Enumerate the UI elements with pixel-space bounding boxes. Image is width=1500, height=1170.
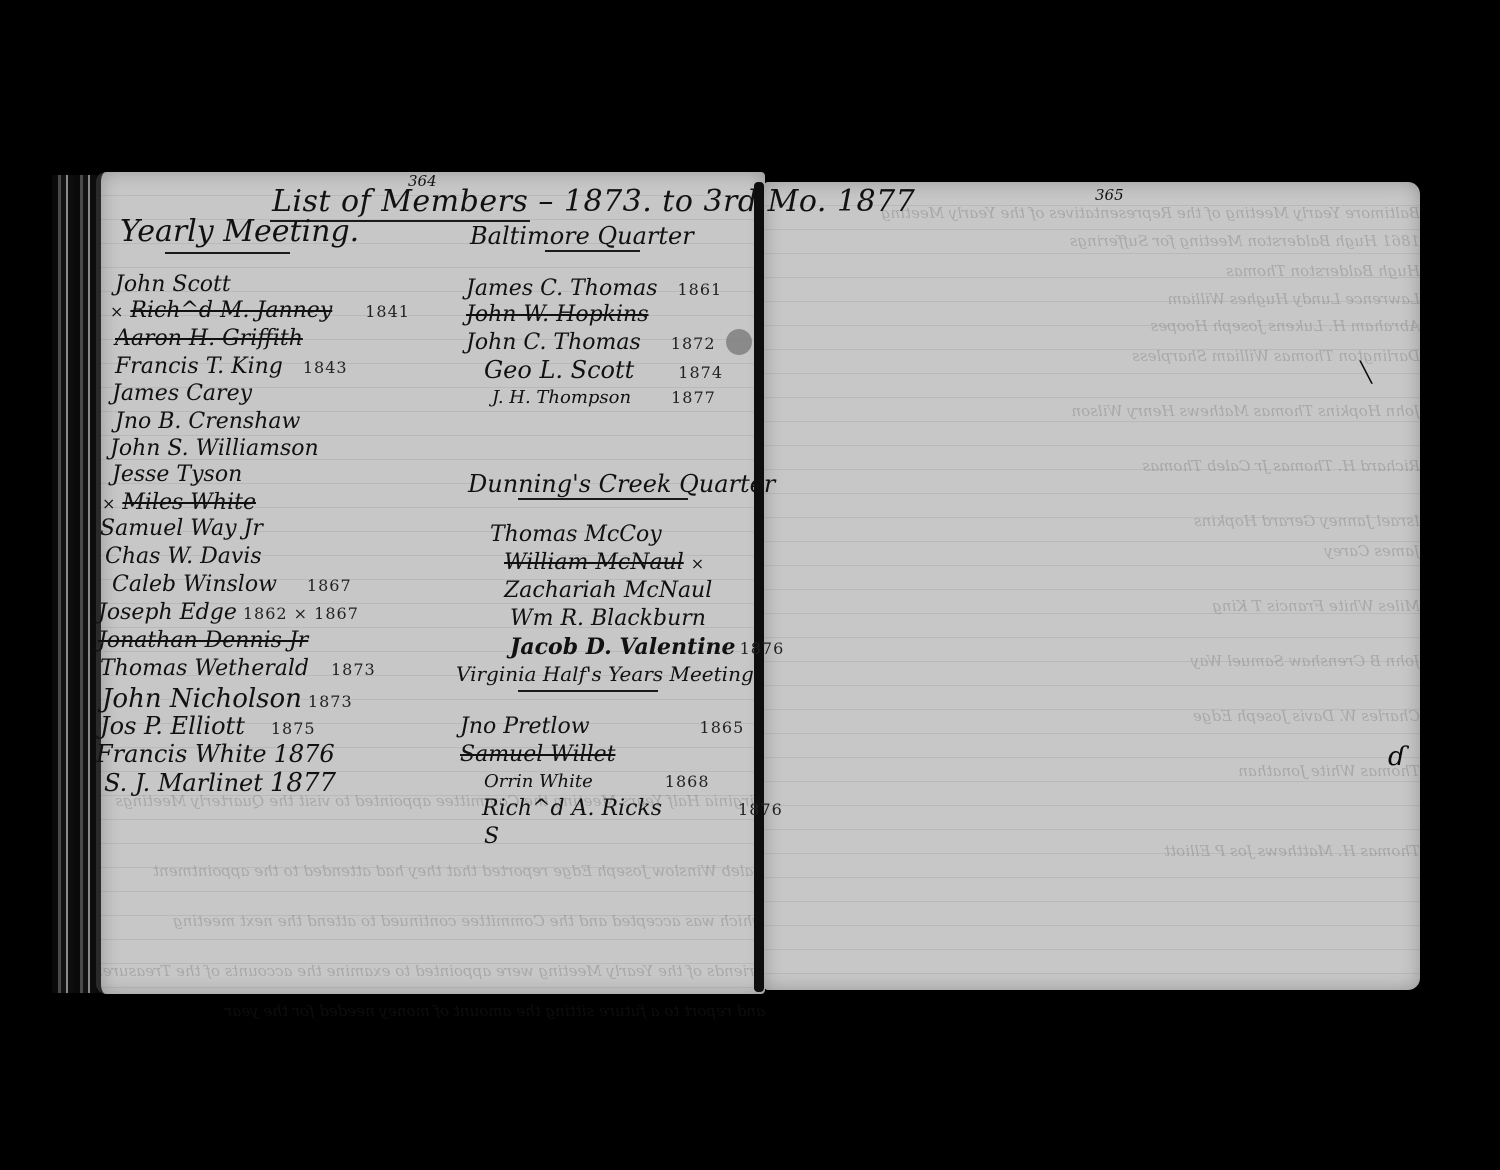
- member-entry: Aaron H. Griffith: [115, 326, 303, 351]
- member-entry: Thomas Wetherald1873: [100, 656, 376, 681]
- bleed-through-text: Thomas White Jonathan: [764, 762, 1420, 780]
- member-entry: William McNaul ×: [504, 550, 704, 575]
- bleed-through-text: Lawrence Lundy Hughes William: [764, 290, 1420, 308]
- member-entry: Jacob D. Valentine1876: [510, 634, 784, 660]
- member-entry: Rich^d A. Ricks1876: [482, 796, 783, 821]
- bleed-through-text: John B Crenshaw Samuel Way: [764, 652, 1420, 670]
- page-title: List of Members – 1873. to 3rd Mo. 1877: [272, 184, 915, 219]
- page-number-right: 365: [1095, 186, 1124, 204]
- member-entry: John C. Thomas1872: [466, 330, 716, 355]
- member-entry: Orrin White1868: [484, 768, 710, 793]
- member-entry: J. H. Thompson1877: [492, 384, 716, 409]
- member-entry: Geo L. Scott1874: [484, 356, 723, 384]
- bleed-through-text: Abraham H. Lukens Joseph Hoopes: [764, 317, 1420, 335]
- member-entry: S. J. Marlinet 1877: [104, 768, 336, 798]
- member-entry: × Miles White: [102, 490, 256, 515]
- member-entry: Caleb Winslow1867: [112, 572, 352, 597]
- bleed-through-text: Charles W. Davis Joseph Edge: [764, 707, 1420, 725]
- member-entry: Chas W. Davis: [105, 544, 262, 569]
- bleed-through-text: which was accepted and the Committee con…: [101, 912, 765, 930]
- section-heading-virginia-half-years-meeting: Virginia Half's Years Meeting: [456, 662, 754, 686]
- bleed-through-text: Caleb Winslow Joseph Edge reported that …: [101, 862, 765, 880]
- member-entry: John S. Williamson: [110, 436, 319, 461]
- member-entry: Samuel Willet: [460, 742, 615, 767]
- member-entry: John W. Hopkins: [466, 302, 649, 327]
- section-heading-dunnings-creek-quarter: Dunning's Creek Quarter: [468, 470, 775, 498]
- heading-underline: [165, 252, 290, 254]
- book-gutter: [754, 182, 764, 992]
- section-heading-baltimore-quarter: Baltimore Quarter: [470, 222, 694, 250]
- member-entry: James C. Thomas1861: [466, 276, 722, 301]
- member-entry: × Rich^d M. Janney 1841: [110, 298, 410, 323]
- bleed-through-text: 1861 Hugh Balderston Meeting for Sufferi…: [764, 232, 1420, 250]
- bleed-through-text: James Carey: [764, 542, 1420, 560]
- member-entry: John Scott: [115, 272, 231, 297]
- member-entry: Jonathan Dennis Jr: [98, 628, 308, 653]
- ink-blot-mark: ╲: [1360, 360, 1372, 384]
- member-entry: S: [484, 824, 499, 849]
- member-entry: Zachariah McNaul: [504, 578, 712, 603]
- member-entry: James Carey: [112, 381, 252, 406]
- member-entry: Thomas McCoy: [490, 522, 662, 547]
- bleed-through-text: John Hopkins Thomas Mathews Henry Wilson: [764, 402, 1420, 420]
- bleed-through-text: Darlington Thomas William Sharpless: [764, 347, 1420, 365]
- bleed-through-text: Hugh Balderston Thomas: [764, 262, 1420, 280]
- member-entry: Francis T. King1843: [115, 354, 348, 379]
- book-binding-edge: [52, 175, 100, 993]
- member-entry: Jesse Tyson: [112, 462, 242, 487]
- section-heading-yearly-meeting: Yearly Meeting.: [120, 214, 359, 249]
- member-entry: Jos P. Elliott1875: [100, 712, 316, 740]
- bleed-through-text: Friends of the Yearly Meeting were appoi…: [101, 962, 765, 980]
- heading-underline: [545, 250, 640, 252]
- bleed-through-text: Richard H. Thomas Jr Caleb Thomas: [764, 457, 1420, 475]
- ink-stain: [726, 329, 752, 355]
- bleed-through-text: Miles White Francis T King: [764, 597, 1420, 615]
- heading-underline: [518, 690, 658, 692]
- member-entry: Joseph Edge1862 × 1867: [98, 600, 359, 625]
- member-entry: Wm R. Blackburn: [510, 606, 706, 631]
- member-entry: Jno B. Crenshaw: [115, 409, 300, 434]
- member-entry: John Nicholson1873: [102, 684, 353, 714]
- ruled-lines: [764, 182, 1420, 990]
- member-entry: Jno Pretlow1865: [460, 714, 744, 739]
- right-page: Baltimore Yearly Meeting of the Represen…: [764, 182, 1420, 990]
- member-entry: Samuel Way Jr: [100, 516, 263, 541]
- bleed-through-text: Thomas H. Matthews Jos P Elliott: [764, 842, 1420, 860]
- bleed-through-text: and report to a future sitting the amoun…: [101, 1002, 765, 1020]
- heading-underline: [518, 498, 688, 500]
- bleed-through-text: Israel Janney Gerard Hopkins: [764, 512, 1420, 530]
- ink-blot-mark: ɗ: [1388, 742, 1406, 772]
- member-entry: Francis White 1876: [96, 740, 335, 768]
